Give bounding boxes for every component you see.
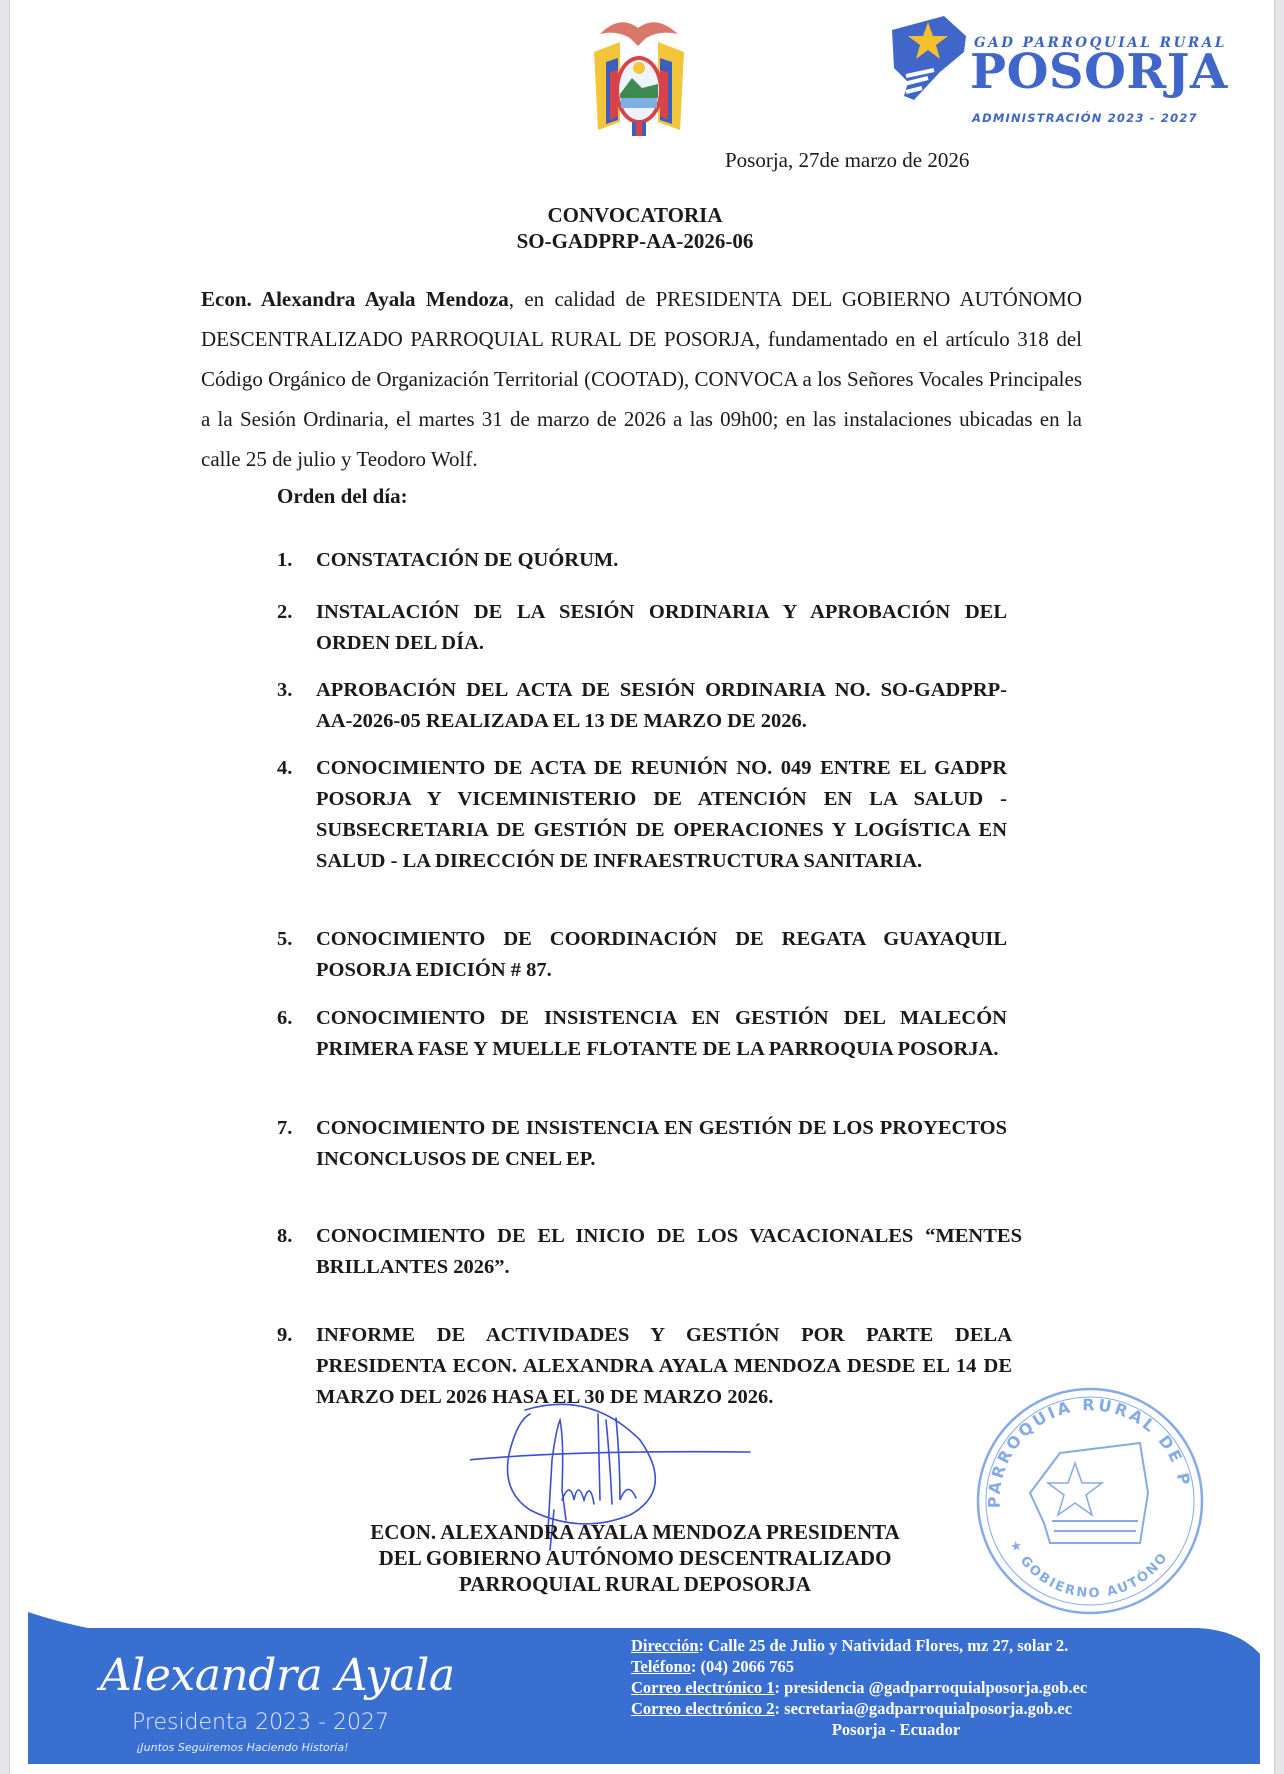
agenda-item: 3.APROBACIÓN DEL ACTA DE SESIÓN ORDINARI… bbox=[277, 675, 1007, 737]
agenda-item: 4.CONOCIMIENTO DE ACTA DE REUNIÓN NO. 04… bbox=[277, 753, 1007, 877]
agenda-item: 2.INSTALACIÓN DE LA SESIÓN ORDINARIA Y A… bbox=[277, 597, 1007, 659]
signatory-line-2: DEL GOBIERNO AUTÓNOMO DESCENTRALIZADO bbox=[310, 1545, 960, 1571]
contact-phone: Teléfono: (04) 2066 765 bbox=[631, 1656, 1161, 1677]
agenda-item: 1.CONSTATACIÓN DE QUÓRUM. bbox=[277, 545, 1007, 576]
ecuador-coat-of-arms-icon bbox=[580, 12, 698, 142]
signatory-line-3: PARROQUIAL RURAL DEPOSORJA bbox=[310, 1571, 960, 1597]
footer-president-role: Presidenta 2023 - 2027 bbox=[132, 1710, 389, 1735]
footer-contact: Dirección: Calle 25 de Julio y Natividad… bbox=[631, 1635, 1161, 1740]
logo-main-text: POSORJA bbox=[970, 48, 1228, 96]
page-edge-left bbox=[0, 0, 10, 1774]
agenda-item: 5.CONOCIMIENTO DE COORDINACIÓN DE REGATA… bbox=[277, 924, 1007, 986]
posorja-logo: GAD PARROQUIAL RURAL POSORJA ADMINISTRAC… bbox=[884, 12, 1214, 132]
svg-text:PARROQUIA RURAL DE POSORJA ★: PARROQUIA RURAL DE POSORJA ★ bbox=[970, 1383, 1195, 1508]
convener-name: Econ. Alexandra Ayala Mendoza bbox=[201, 287, 509, 311]
document-title: CONVOCATORIA bbox=[0, 203, 1270, 228]
signatory-line-1: ECON. ALEXANDRA AYALA MENDOZA PRESIDENTA bbox=[310, 1519, 960, 1545]
convocation-text: , en calidad de PRESIDENTA DEL GOBIERNO … bbox=[201, 287, 1082, 471]
document-code: SO-GADPRP-AA-2026-06 bbox=[0, 229, 1270, 254]
agenda-item: 8.CONOCIMIENTO DE EL INICIO DE LOS VACAC… bbox=[277, 1221, 1022, 1283]
agenda-heading: Orden del día: bbox=[277, 484, 408, 509]
contact-location: Posorja - Ecuador bbox=[631, 1719, 1161, 1740]
posorja-shield-star-icon bbox=[884, 12, 974, 104]
contact-email-2: Correo electrónico 2: secretaria@gadparr… bbox=[631, 1698, 1161, 1719]
convocation-paragraph: Econ. Alexandra Ayala Mendoza, en calida… bbox=[201, 279, 1082, 479]
document-date: Posorja, 27de marzo de 2026 bbox=[725, 148, 969, 173]
page-edge-right bbox=[1274, 0, 1284, 1774]
agenda-item: 6.CONOCIMIENTO DE INSISTENCIA EN GESTIÓN… bbox=[277, 1003, 1007, 1065]
official-stamp-icon: PARROQUIA RURAL DE POSORJA ★ ★ GOBIERNO … bbox=[970, 1383, 1210, 1618]
contact-address: Dirección: Calle 25 de Julio y Natividad… bbox=[631, 1635, 1161, 1656]
agenda-item: 7.CONOCIMIENTO DE INSISTENCIA EN GESTIÓN… bbox=[277, 1113, 1007, 1175]
contact-email-1: Correo electrónico 1: presidencia @gadpa… bbox=[631, 1677, 1161, 1698]
footer-president-name: Alexandra Ayala bbox=[100, 1650, 455, 1701]
logo-sub-text: ADMINISTRACIÓN 2023 - 2027 bbox=[972, 111, 1198, 125]
footer-slogan: ¡Juntos Seguiremos Haciendo Historia! bbox=[136, 1741, 349, 1754]
